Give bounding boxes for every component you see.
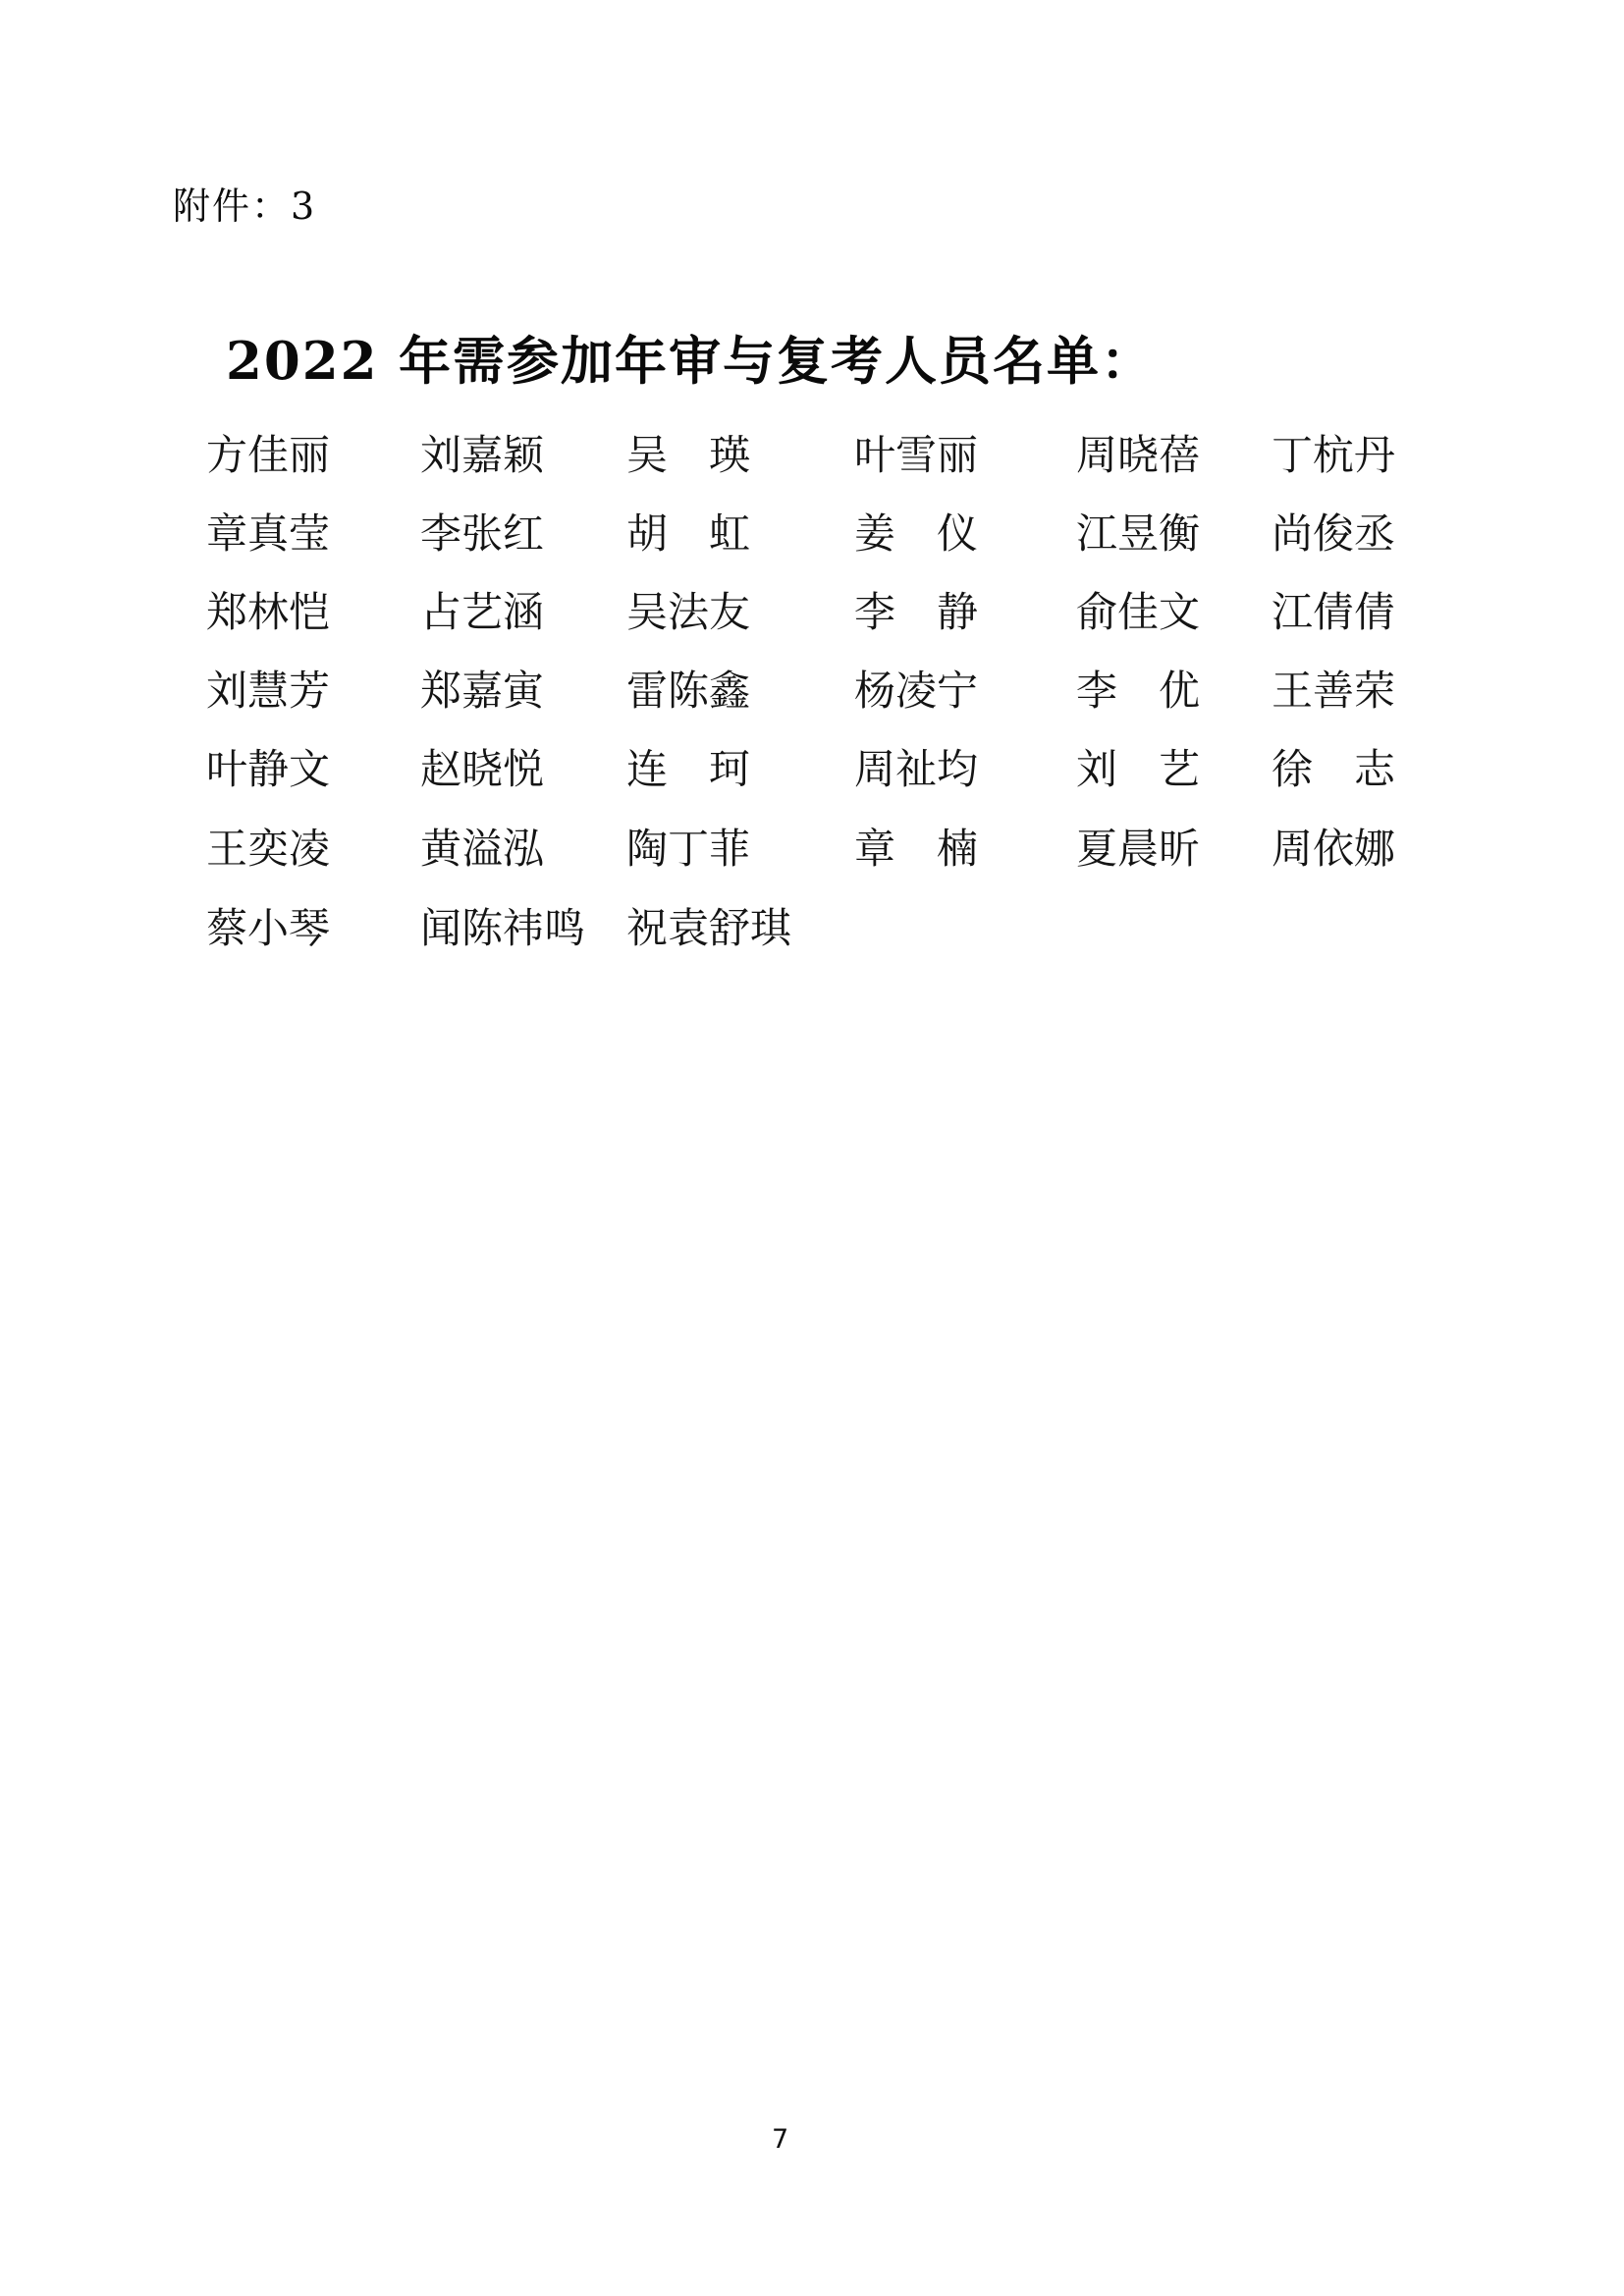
- name-item: 叶静文: [206, 746, 330, 793]
- name-item: 杨凌宁: [854, 667, 978, 715]
- name-item: 蔡小琴: [206, 905, 330, 952]
- page-number: 7: [772, 2123, 788, 2157]
- document-page: 附件：3 2022 年需参加年审与复考人员名单： 方佳丽 刘嘉颖 吴 瑛 叶雪丽…: [0, 0, 1624, 2296]
- name-item: 刘慧芳: [206, 667, 330, 715]
- name-item: 连 珂: [626, 746, 750, 793]
- name-item: 闻陈祎鸣: [420, 905, 585, 952]
- name-item: 方佳丽: [206, 432, 330, 479]
- name-item: 丁杭丹: [1272, 432, 1395, 479]
- name-item: 郑嘉寅: [420, 667, 544, 715]
- name-item: 刘嘉颖: [420, 432, 544, 479]
- name-item: 章 楠: [854, 826, 978, 873]
- name-item: 陶丁菲: [626, 826, 750, 873]
- name-item: 占艺涵: [420, 589, 544, 636]
- name-item: 周祉均: [854, 746, 978, 793]
- name-item: 夏晨昕: [1076, 826, 1200, 873]
- name-item: 黄溢泓: [420, 826, 544, 873]
- name-item: 姜 仪: [854, 510, 978, 558]
- name-list: 方佳丽 刘嘉颖 吴 瑛 叶雪丽 周晓蓓 丁杭丹 章真莹 李张红 胡 虹 姜 仪 …: [0, 0, 1624, 2296]
- name-item: 周依娜: [1272, 826, 1395, 873]
- name-item: 章真莹: [206, 510, 330, 558]
- name-item: 祝袁舒琪: [626, 905, 791, 952]
- name-item: 徐 志: [1272, 746, 1395, 793]
- name-item: 吴法友: [626, 589, 750, 636]
- name-item: 王善荣: [1272, 667, 1395, 715]
- name-item: 李 静: [854, 589, 978, 636]
- name-item: 江倩倩: [1272, 589, 1395, 636]
- name-item: 俞佳文: [1076, 589, 1200, 636]
- name-item: 李张红: [420, 510, 544, 558]
- name-item: 赵晓悦: [420, 746, 544, 793]
- name-item: 江昱衡: [1076, 510, 1200, 558]
- name-item: 雷陈鑫: [626, 667, 750, 715]
- name-item: 胡 虹: [626, 510, 750, 558]
- name-item: 吴 瑛: [626, 432, 750, 479]
- name-item: 尚俊丞: [1272, 510, 1395, 558]
- name-item: 叶雪丽: [854, 432, 978, 479]
- name-item: 郑林恺: [206, 589, 330, 636]
- name-item: 刘 艺: [1076, 746, 1200, 793]
- name-item: 周晓蓓: [1076, 432, 1200, 479]
- name-item: 李 优: [1076, 667, 1200, 715]
- name-item: 王奕凌: [206, 826, 330, 873]
